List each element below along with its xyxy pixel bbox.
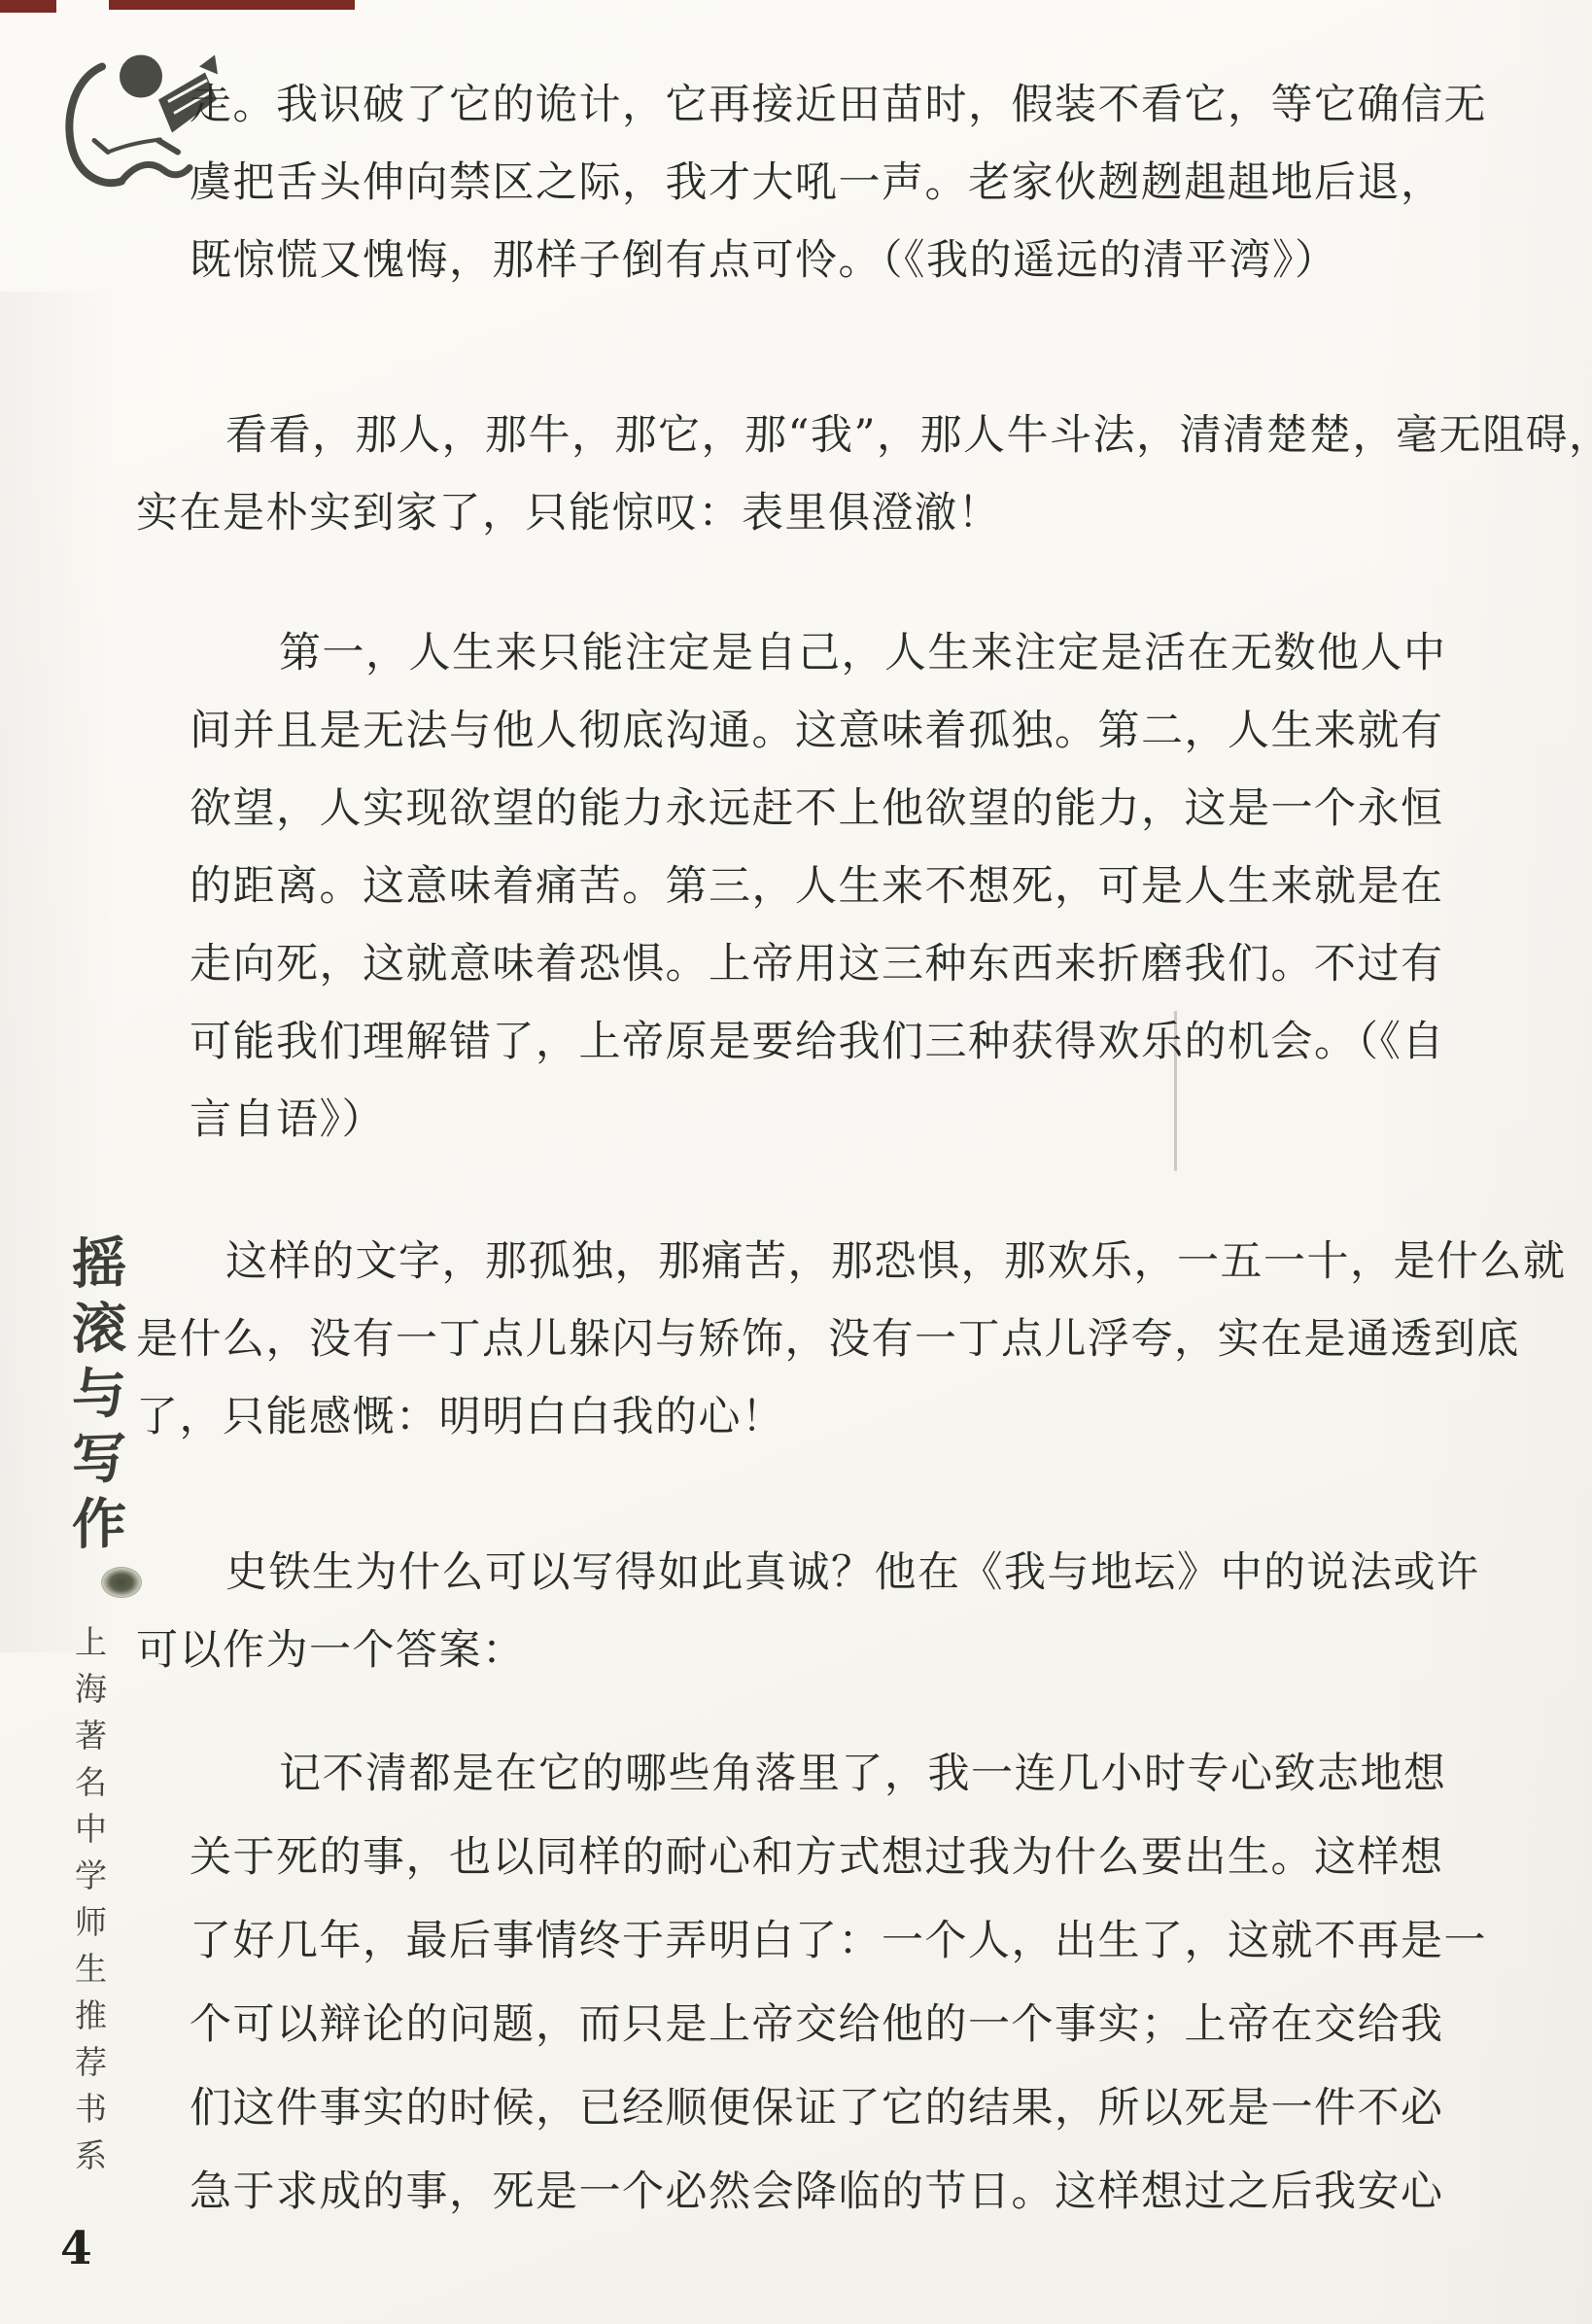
text-line: 了好几年，最后事情终于弄明白了：一个人，出生了，这就不再是一: [190, 1899, 1487, 1983]
body-paragraph-2: 这样的文字，那孤独，那痛苦，那恐惧，那欢乐，一五一十，是什么就 是什么，没有一丁…: [136, 1223, 1567, 1456]
text-line: 史铁生为什么可以写得如此真诚？他在《我与地坛》中的说法或许: [136, 1534, 1480, 1612]
text-line: 关于死的事，也以同样的耐心和方式想过我为什么要出生。这样想: [190, 1816, 1487, 1899]
scan-artifact-red-strip-left: [0, 0, 56, 13]
ink-dot-ornament-icon: [101, 1567, 142, 1598]
text-line: 看看，那人，那牛，那它，那“我”，那人牛斗法，清清楚楚，毫无阻碍，: [136, 397, 1592, 474]
scan-artifact-red-strip-mid: [109, 0, 355, 10]
reader-logo-arm: [108, 140, 160, 153]
text-line: 是什么，没有一丁点儿躲闪与矫饰，没有一丁点儿浮夸，实在是通透到底: [136, 1301, 1567, 1378]
text-line: 们这件事实的时候，已经顺便保证了它的结果，所以死是一件不必: [190, 2066, 1487, 2150]
text-line: 间并且是无法与他人彻底沟通。这意味着孤独。第二，人生来就有: [190, 692, 1447, 770]
text-line: 实在是朴实到家了，只能惊叹：表里俱澄澈！: [136, 474, 1592, 552]
text-line: 急于求成的事，死是一个必然会降临的节日。这样想过之后我安心: [190, 2150, 1487, 2234]
sidebar-book-title-vertical: 摇滚与写作: [56, 1233, 134, 1562]
quote-paragraph-1: 走。我识破了它的诡计，它再接近田苗时，假装不看它，等它确信无 虞把舌头伸向禁区之…: [190, 66, 1487, 299]
text-line: 记不清都是在它的哪些角落里了，我一连几小时专心致志地想: [190, 1732, 1487, 1816]
book-page-scan: 走。我识破了它的诡计，它再接近田苗时，假装不看它，等它确信无 虞把舌头伸向禁区之…: [0, 0, 1592, 2324]
text-line: 这样的文字，那孤独，那痛苦，那恐惧，那欢乐，一五一十，是什么就: [136, 1223, 1567, 1301]
quote-paragraph-2: 第一，人生来只能注定是自己，人生来注定是活在无数他人中 间并且是无法与他人彻底沟…: [190, 614, 1447, 1159]
text-line: 言自语》）: [190, 1081, 1447, 1159]
text-line: 既惊慌又愧悔，那样子倒有点可怜。（《我的遥远的清平湾》）: [190, 222, 1487, 299]
text-line: 可以作为一个答案：: [136, 1612, 1480, 1689]
quote-paragraph-3: 记不清都是在它的哪些角落里了，我一连几小时专心致志地想 关于死的事，也以同样的耐…: [190, 1732, 1487, 2234]
sidebar-series-title-vertical: 上海著名中学师生推荐书系: [66, 1625, 112, 2185]
text-line: 的距离。这意味着痛苦。第三，人生来不想死，可是人生来就是在: [190, 848, 1447, 925]
text-line: 第一，人生来只能注定是自己，人生来注定是活在无数他人中: [190, 614, 1447, 692]
text-line: 走向死，这就意味着恐惧。上帝用这三种东西来折磨我们。不过有: [190, 925, 1447, 1003]
text-line: 了，只能感慨：明明白白我的心！: [136, 1378, 1567, 1456]
reader-logo-body: [69, 67, 121, 184]
body-paragraph-3: 史铁生为什么可以写得如此真诚？他在《我与地坛》中的说法或许 可以作为一个答案：: [136, 1534, 1480, 1689]
text-line: 个可以辩论的问题，而只是上帝交给他的一个事实；上帝在交给我: [190, 1983, 1487, 2066]
text-line: 虞把舌头伸向禁区之际，我才大吼一声。老家伙趔趔趄趄地后退，: [190, 144, 1487, 222]
body-paragraph-1: 看看，那人，那牛，那它，那“我”，那人牛斗法，清清楚楚，毫无阻碍， 实在是朴实到…: [136, 397, 1592, 552]
text-line: 走。我识破了它的诡计，它再接近田苗时，假装不看它，等它确信无: [190, 66, 1487, 144]
reader-logo-leg: [121, 164, 190, 181]
page-number: 4: [60, 2222, 92, 2275]
reader-logo-head: [120, 55, 162, 98]
text-line: 欲望，人实现欲望的能力永远赶不上他欲望的能力，这是一个永恒: [190, 770, 1447, 848]
text-line: 可能我们理解错了，上帝原是要给我们三种获得欢乐的机会。（《自: [190, 1003, 1447, 1081]
